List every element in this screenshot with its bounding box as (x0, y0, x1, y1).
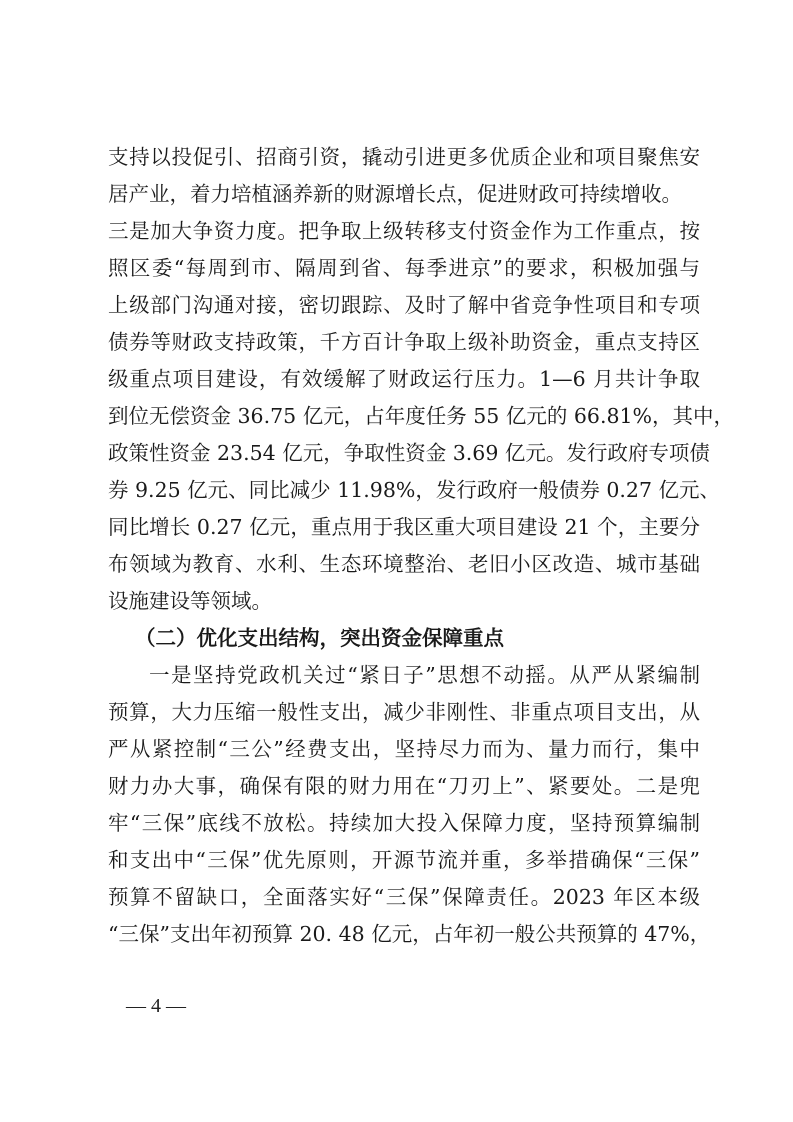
document-page: 支持以投促引、招商引资，撬动引进更多优质企业和项目聚焦安 居产业，着力培植涵养新… (0, 0, 793, 1122)
text-line: 财力办大事，确保有限的财力用在“刀刃上”、紧要处。二是兜 (108, 768, 700, 805)
text-line: 级重点项目建设，有效缓解了财政运行压力。1—6 月共计争取 (108, 361, 700, 398)
text-line: “三保”支出年初预算 20. 48 亿元，占年初一般公共预算的 47%， (108, 916, 700, 953)
text-line: 设施建设等领域。 (108, 583, 700, 620)
text-line: 上级部门沟通对接，密切跟踪、及时了解中省竞争性项目和专项 (108, 287, 700, 324)
text-line: 支持以投促引、招商引资，撬动引进更多优质企业和项目聚焦安 (108, 139, 700, 176)
text-line: 预算不留缺口，全面落实好“三保”保障责任。2023 年区本级 (108, 879, 700, 916)
text-line: 券 9.25 亿元、同比减少 11.98%，发行政府一般债券 0.27 亿元、 (108, 472, 700, 509)
text-line: 居产业，着力培植涵养新的财源增长点，促进财政可持续增收。 (108, 176, 700, 213)
text-line: 三是加大争资力度。把争取上级转移支付资金作为工作重点，按 (108, 213, 700, 250)
text-line: 到位无偿资金 36.75 亿元，占年度任务 55 亿元的 66.81%，其中， (108, 398, 700, 435)
body-text: 支持以投促引、招商引资，撬动引进更多优质企业和项目聚焦安 居产业，着力培植涵养新… (108, 139, 700, 953)
text-line: 和支出中“三保”优先原则，开源节流并重，多举措确保“三保” (108, 842, 700, 879)
text-line: 同比增长 0.27 亿元，重点用于我区重大项目建设 21 个，主要分 (108, 509, 700, 546)
text-line: 严从紧控制“三公”经费支出，坚持尽力而为、量力而行，集中 (108, 731, 700, 768)
text-line: 一是坚持党政机关过“紧日子”思想不动摇。从严从紧编制 (108, 657, 700, 694)
section-heading: （二）优化支出结构，突出资金保障重点 (108, 620, 700, 657)
text-line: 政策性资金 23.54 亿元，争取性资金 3.69 亿元。发行政府专项债 (108, 435, 700, 472)
text-line: 债券等财政支持政策，千方百计争取上级补助资金，重点支持区 (108, 324, 700, 361)
text-line: 照区委“每周到市、隔周到省、每季进京”的要求，积极加强与 (108, 250, 700, 287)
text-line: 预算，大力压缩一般性支出，减少非刚性、非重点项目支出，从 (108, 694, 700, 731)
text-line: 牢“三保”底线不放松。持续加大投入保障力度，坚持预算编制 (108, 805, 700, 842)
page-number: — 4 — (126, 995, 186, 1018)
text-line: 布领域为教育、水利、生态环境整治、老旧小区改造、城市基础 (108, 546, 700, 583)
